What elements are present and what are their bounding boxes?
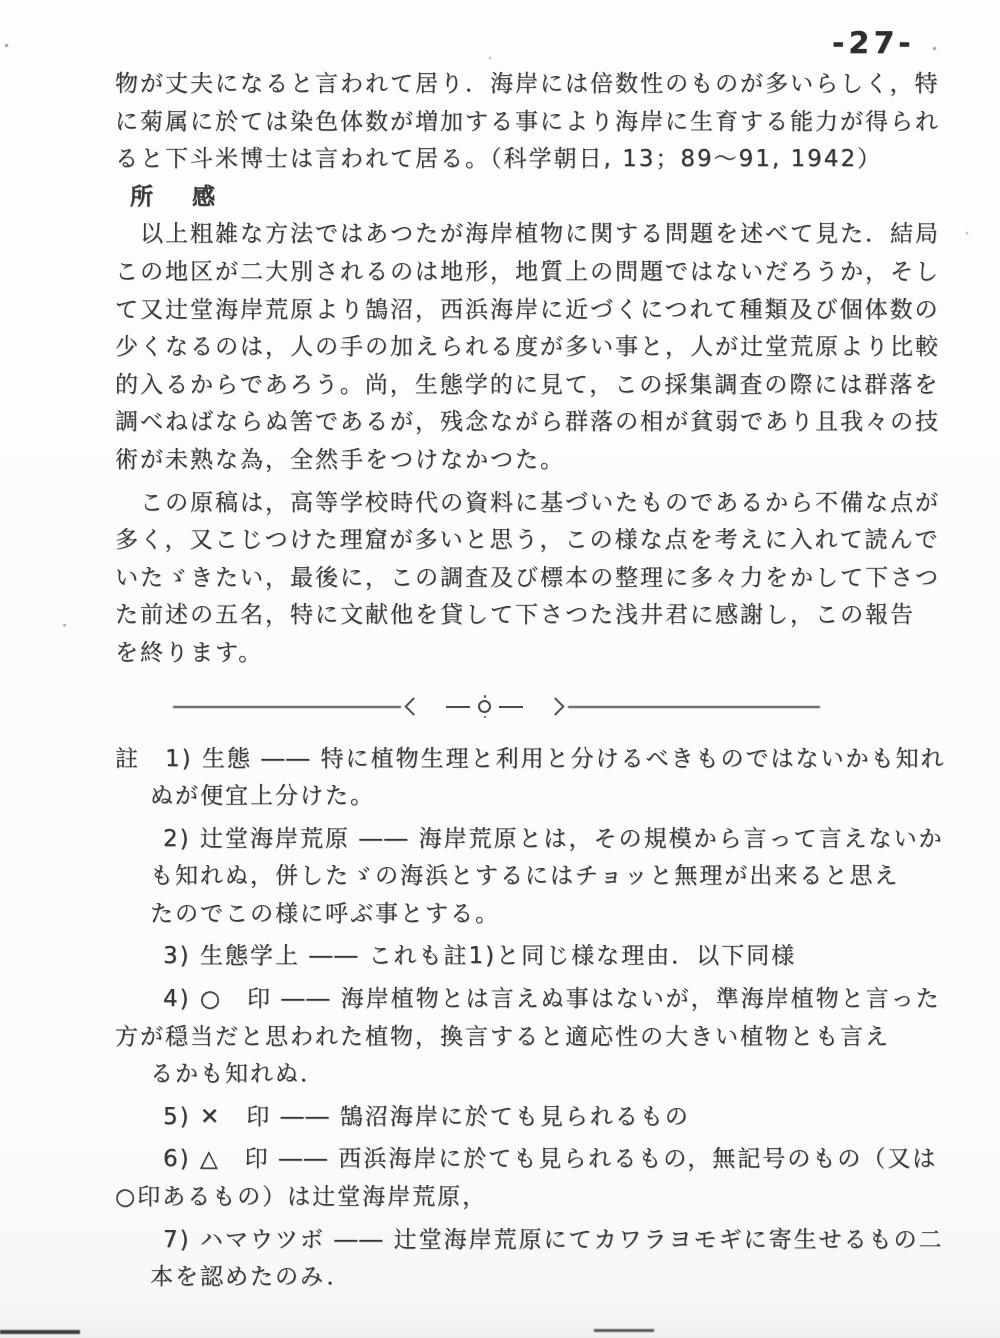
scan-speck [63,624,66,626]
divider-chevron-right-icon [546,697,564,715]
divider-dash [499,706,523,708]
divider-ornament-circle-icon [478,700,491,713]
text-line: 的入るからであろう。尚，生態学的に見て，この採集調査の際には群落を [115,367,955,405]
note-line: 3) 生態学上 ―― これも註1)と同じ様な理由．以下同様 [163,938,955,976]
note-line: るかも知れぬ． [150,1056,955,1094]
scan-edge-mark [594,1329,654,1332]
text-line: を終ります。 [115,635,955,673]
section-heading: 所 感 [130,179,955,217]
document-page: -27- 物が丈夫になると言われて居り．海岸には倍数性のものが多いらしく，特 に… [0,0,1000,1338]
text-line: ると下斗米博士は言われて居る。（科学朝日, 13；89～91, 1942） [115,141,955,179]
text-line: 術が未熟な為，全然手をつけなかつた。 [115,442,955,480]
note-line: も知れぬ，併したゞの海浜とするにはチョッと無理が出来ると思え [150,858,955,896]
note-line: 6) △ 印 ―― 西浜海岸に於ても見られるもの，無記号のもの（又は [163,1141,955,1179]
text-line: 以上粗雑な方法ではあつたが海岸植物に関する問題を述べて見た．結局 [140,216,955,254]
note-line: ぬが便宜上分けた。 [150,778,955,816]
scan-speck [5,44,8,47]
text-line: 少くなるのは，人の手の加えられる度が多い事と，人が辻堂荒原より比較 [115,329,955,367]
note-line: 本を認めたのみ． [150,1259,955,1297]
text-line: この原稿は，高等学校時代の資料に基づいたものであるから不備な点が [140,485,955,523]
divider-rule-right [568,706,820,708]
text-line: に菊属に於ては染色体数が増加する事により海岸に生育する能力が得られ [115,104,955,142]
text-line: 多く，又こじつけた理窟が多いと思う，この様な点を考えに入れて読んで [115,522,955,560]
scan-speck [966,232,968,234]
divider-dash [446,706,470,708]
text-line: て又辻堂海岸荒原より鵠沼，西浜海岸に近づくにつれて種類及び個体数の [115,292,955,330]
text-line: この地区が二大別されるのは地形，地質上の問題ではないだろうか，そし [115,254,955,292]
page-number: -27- [831,26,915,61]
note-line: 註 1) 生態 ―― 特に植物生理と利用と分けるべきものではないかも知れ [115,741,955,779]
note-line: 4) ○ 印 ―― 海岸植物とは言えぬ事はないが，準海岸植物と言った [163,981,955,1019]
section-divider [173,692,875,722]
note-line: 5) ✕ 印 ―― 鵠沼海岸に於ても見られるもの [163,1099,955,1137]
text-line: 調べねばならぬ筈であるが，残念ながら群落の相が貧弱であり且我々の技 [115,404,955,442]
text-line: た前述の五名，特に文献他を貸して下さつた浅井君に感謝し，この報告 [115,597,955,635]
text-line: いたゞきたい，最後に，この調査及び標本の整理に多々力をかして下さつ [115,560,955,598]
scan-speck [933,47,936,50]
note-line: 2) 辻堂海岸荒原 ―― 海岸荒原とは，その規模から言って言えないか [163,821,955,859]
text-line: 物が丈夫になると言われて居り．海岸には倍数性のものが多いらしく，特 [115,66,955,104]
scan-edge-mark [0,1330,80,1334]
divider-chevron-left-icon [404,697,422,715]
note-line: 方が穏当だと思われた植物，換言すると適応性の大きい植物とも言え [115,1019,955,1057]
divider-rule-left [173,706,401,708]
note-line: ○印あるもの）は辻堂海岸荒原， [115,1179,955,1217]
scan-speck [489,57,491,59]
note-line: たのでこの様に呼ぶ事とする。 [150,896,955,934]
document-body: 物が丈夫になると言われて居り．海岸には倍数性のものが多いらしく，特 に菊属に於て… [115,66,955,1297]
note-line: 7) ハマウツボ ―― 辻堂海岸荒原にてカワラヨモギに寄生せるもの二 [163,1222,955,1260]
